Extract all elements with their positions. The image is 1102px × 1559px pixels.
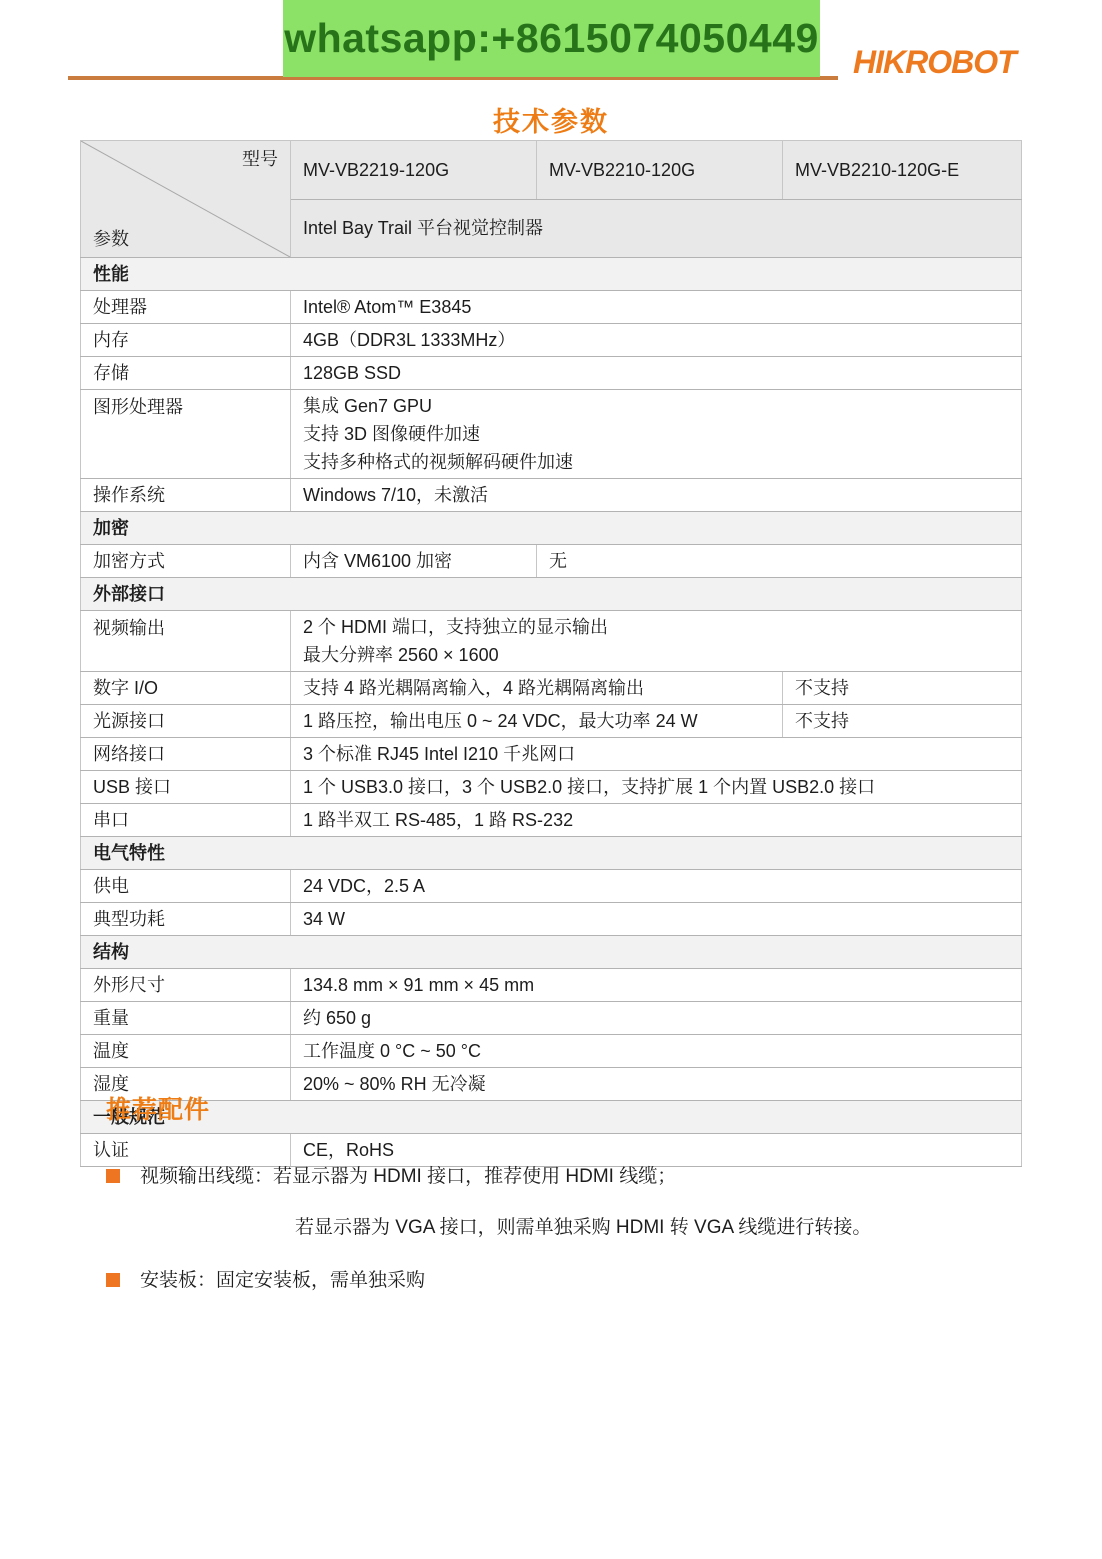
spec-label: 温度 <box>81 1035 291 1068</box>
spec-value: 4GB（DDR3L 1333MHz） <box>291 324 1022 357</box>
section-header-interfaces: 外部接口 <box>81 578 1022 611</box>
spec-value: Windows 7/10，未激活 <box>291 479 1022 512</box>
table-row: 重量 约 650 g <box>81 1002 1022 1035</box>
section-header-electrical: 电气特性 <box>81 837 1022 870</box>
spec-label: 视频输出 <box>81 611 291 672</box>
spec-value-alt: 不支持 <box>783 672 1022 705</box>
spec-value: 1 路压控，输出电压 0 ~ 24 VDC，最大功率 24 W <box>291 705 783 738</box>
table-row: 存储 128GB SSD <box>81 357 1022 390</box>
list-item: 安装板：固定安装板，需单独采购 <box>106 1266 1016 1295</box>
bullet-square-icon <box>106 1169 120 1183</box>
table-row: 处理器 Intel® Atom™ E3845 <box>81 291 1022 324</box>
spec-label: 处理器 <box>81 291 291 324</box>
table-row: 加密方式 内含 VM6100 加密 无 <box>81 545 1022 578</box>
bullet-square-icon <box>106 1273 120 1287</box>
accessory-line-2: 若显示器为 VGA 接口，则需单独采购 HDMI 转 VGA 线缆进行转接。 <box>140 1213 871 1242</box>
spec-label: 图形处理器 <box>81 390 291 479</box>
table-row: 典型功耗 34 W <box>81 903 1022 936</box>
spec-sheet-page: whatsapp:+8615074050449 HIKROBOT 技术参数 型号… <box>0 0 1102 1559</box>
spec-value: 34 W <box>291 903 1022 936</box>
section-header-structure: 结构 <box>81 936 1022 969</box>
table-row: 温度 工作温度 0 °C ~ 50 °C <box>81 1035 1022 1068</box>
accessory-line-1: 视频输出线缆：若显示器为 HDMI 接口，推荐使用 HDMI 线缆； <box>140 1162 871 1191</box>
table-row: 内存 4GB（DDR3L 1333MHz） <box>81 324 1022 357</box>
model-header-1: MV-VB2219-120G <box>291 141 537 200</box>
page-title: 技术参数 <box>0 100 1102 139</box>
spec-value: 1 个 USB3.0 接口，3 个 USB2.0 接口，支持扩展 1 个内置 U… <box>291 771 1022 804</box>
section-title: 结构 <box>81 936 1022 969</box>
spec-label: 光源接口 <box>81 705 291 738</box>
spec-value: 1 路半双工 RS-485，1 路 RS-232 <box>291 804 1022 837</box>
spec-label: 供电 <box>81 870 291 903</box>
accessory-text: 视频输出线缆：若显示器为 HDMI 接口，推荐使用 HDMI 线缆； 若显示器为… <box>140 1162 871 1242</box>
platform-cell: Intel Bay Trail 平台视觉控制器 <box>291 199 1022 258</box>
spec-value: 3 个标准 RJ45 Intel I210 千兆网口 <box>291 738 1022 771</box>
spec-label: 加密方式 <box>81 545 291 578</box>
table-row: 光源接口 1 路压控，输出电压 0 ~ 24 VDC，最大功率 24 W 不支持 <box>81 705 1022 738</box>
table-row: 外形尺寸 134.8 mm × 91 mm × 45 mm <box>81 969 1022 1002</box>
table-row: 供电 24 VDC，2.5 A <box>81 870 1022 903</box>
spec-value: 2 个 HDMI 端口，支持独立的显示输出 最大分辨率 2560 × 1600 <box>291 611 1022 672</box>
section-header-encryption: 加密 <box>81 512 1022 545</box>
section-title: 外部接口 <box>81 578 1022 611</box>
table-row: 视频输出 2 个 HDMI 端口，支持独立的显示输出 最大分辨率 2560 × … <box>81 611 1022 672</box>
accessories-title: 推荐配件 <box>106 1090 1016 1126</box>
spec-value: Intel® Atom™ E3845 <box>291 291 1022 324</box>
spec-label: 操作系统 <box>81 479 291 512</box>
hikrobot-logo: HIKROBOT <box>853 44 1043 81</box>
spec-label: 典型功耗 <box>81 903 291 936</box>
spec-value-alt: 不支持 <box>783 705 1022 738</box>
corner-label-param: 参数 <box>93 225 129 253</box>
accessory-text: 安装板：固定安装板，需单独采购 <box>140 1266 425 1295</box>
model-header-2: MV-VB2210-120G <box>537 141 783 200</box>
spec-value-alt: 无 <box>537 545 1022 578</box>
corner-label-model: 型号 <box>242 145 278 173</box>
table-row: USB 接口 1 个 USB3.0 接口，3 个 USB2.0 接口，支持扩展 … <box>81 771 1022 804</box>
spec-value: 134.8 mm × 91 mm × 45 mm <box>291 969 1022 1002</box>
spec-value: 内含 VM6100 加密 <box>291 545 537 578</box>
spec-label: 内存 <box>81 324 291 357</box>
table-row: 串口 1 路半双工 RS-485，1 路 RS-232 <box>81 804 1022 837</box>
spec-label: 串口 <box>81 804 291 837</box>
spec-value: 支持 4 路光耦隔离输入，4 路光耦隔离输出 <box>291 672 783 705</box>
spec-label: 数字 I/O <box>81 672 291 705</box>
spec-label: 网络接口 <box>81 738 291 771</box>
list-item: 视频输出线缆：若显示器为 HDMI 接口，推荐使用 HDMI 线缆； 若显示器为… <box>106 1162 1016 1242</box>
table-row: 图形处理器 集成 Gen7 GPU 支持 3D 图像硬件加速 支持多种格式的视频… <box>81 390 1022 479</box>
spec-value: 128GB SSD <box>291 357 1022 390</box>
spec-value: 约 650 g <box>291 1002 1022 1035</box>
spec-label: 存储 <box>81 357 291 390</box>
table-row: 操作系统 Windows 7/10，未激活 <box>81 479 1022 512</box>
table-row: 数字 I/O 支持 4 路光耦隔离输入，4 路光耦隔离输出 不支持 <box>81 672 1022 705</box>
whatsapp-banner: whatsapp:+8615074050449 <box>283 0 820 77</box>
spec-value: 24 VDC，2.5 A <box>291 870 1022 903</box>
table-row: 网络接口 3 个标准 RJ45 Intel I210 千兆网口 <box>81 738 1022 771</box>
section-title: 性能 <box>81 258 1022 291</box>
spec-table: 型号 参数 MV-VB2219-120G MV-VB2210-120G MV-V… <box>80 140 1022 1167</box>
whatsapp-number: whatsapp:+8615074050449 <box>284 15 819 62</box>
spec-value: 集成 Gen7 GPU 支持 3D 图像硬件加速 支持多种格式的视频解码硬件加速 <box>291 390 1022 479</box>
model-header-3: MV-VB2210-120G-E <box>783 141 1022 200</box>
spec-label: 外形尺寸 <box>81 969 291 1002</box>
corner-cell: 型号 参数 <box>81 141 291 258</box>
section-title: 电气特性 <box>81 837 1022 870</box>
spec-label: USB 接口 <box>81 771 291 804</box>
section-header-performance: 性能 <box>81 258 1022 291</box>
section-title: 加密 <box>81 512 1022 545</box>
spec-label: 重量 <box>81 1002 291 1035</box>
spec-value: 工作温度 0 °C ~ 50 °C <box>291 1035 1022 1068</box>
table-header-row-models: 型号 参数 MV-VB2219-120G MV-VB2210-120G MV-V… <box>81 141 1022 200</box>
recommended-accessories-section: 推荐配件 视频输出线缆：若显示器为 HDMI 接口，推荐使用 HDMI 线缆； … <box>106 1090 1016 1319</box>
